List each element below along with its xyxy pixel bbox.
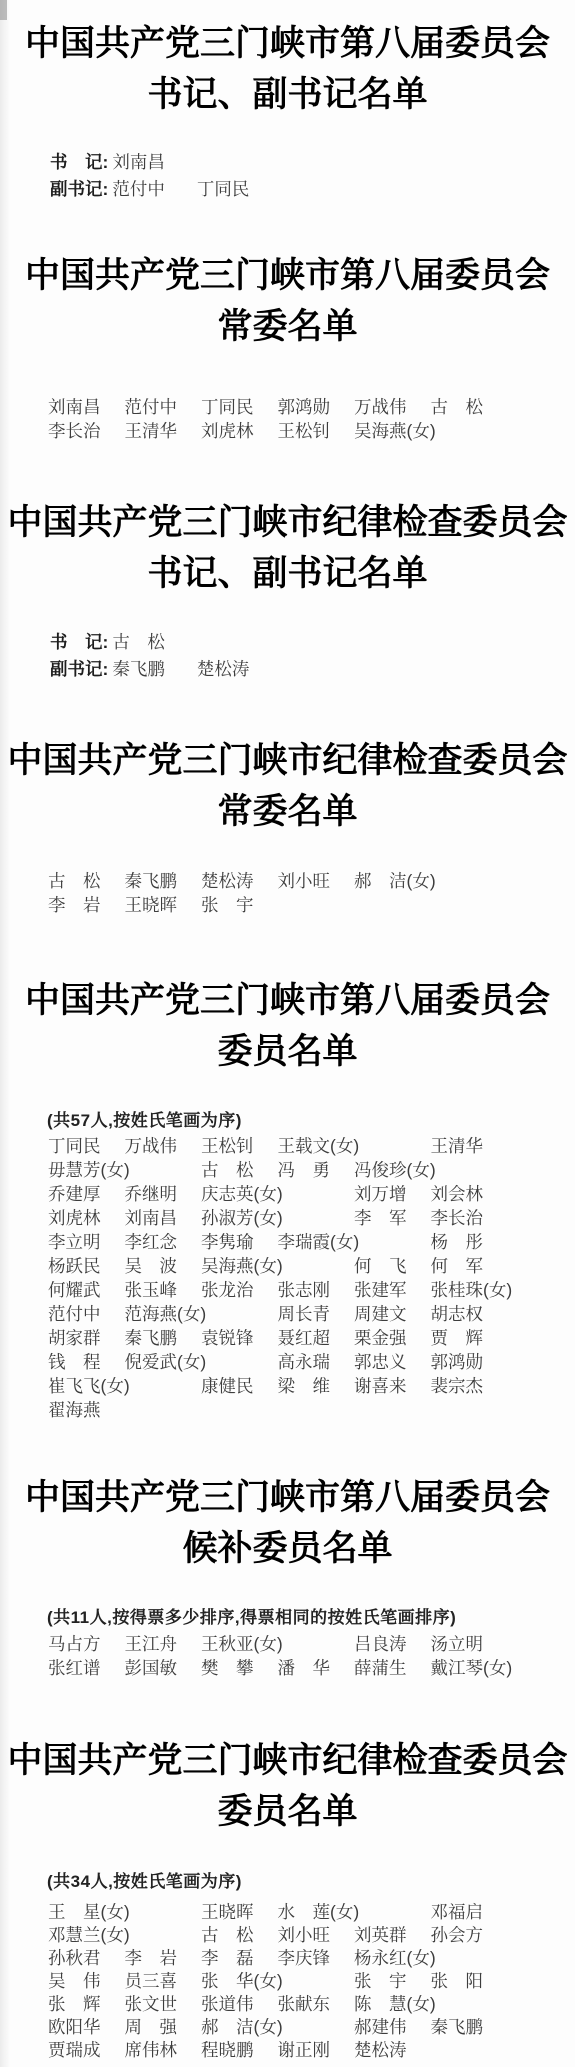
member-name: 李长治 [48, 418, 125, 443]
member-name: 万战伟 [354, 394, 431, 419]
member-row: 杨跃民吴 波吴海燕(女)何 飞何 军 [48, 1253, 575, 1277]
member-row: 王 星(女)王晓晖水 莲(女)邓福启 [48, 1899, 575, 1922]
member-name: 周建文 [354, 1301, 431, 1326]
member-name: 王松钊 [201, 1133, 278, 1158]
member-row: 张 辉张文世张道伟张献东陈 慧(女) [48, 1991, 575, 2014]
member-name: 张 阳 [431, 1968, 508, 1993]
member-name: 杨永红(女) [354, 1945, 507, 1970]
member-name: 张道伟 [201, 1991, 278, 2016]
member-row: 孙秋君李 岩李 磊李庆锋杨永红(女) [48, 1945, 575, 1968]
member-name: 丁同民 [197, 179, 250, 199]
member-name: 秦飞鹏 [125, 1325, 202, 1350]
member-name: 樊 攀 [201, 1655, 278, 1680]
member-name: 邓慧兰(女) [48, 1922, 201, 1947]
member-name: 刘小旺 [278, 868, 355, 893]
member-name: 李 磊 [201, 1945, 278, 1970]
member-name: 郭忠义 [354, 1349, 431, 1374]
member-name: 孙淑芳(女) [201, 1205, 354, 1230]
scan-artifact [0, 0, 7, 20]
member-name: 刘南昌 [48, 394, 125, 419]
member-name: 谢正刚 [278, 2037, 355, 2062]
member-name: 何耀武 [48, 1277, 125, 1302]
member-name: 秦飞鹏 [112, 659, 165, 679]
member-name: 王晓晖 [201, 1899, 278, 1924]
member-name: 王晓晖 [125, 892, 202, 917]
member-name: 李长治 [431, 1205, 508, 1230]
section-title-party-standing: 中国共产党三门峡市第八届委员会 常委名单 [0, 250, 575, 352]
member-name: 张玉峰 [125, 1277, 202, 1302]
member-name: 王松钊 [278, 418, 355, 443]
section-title-line2: 候补委员名单 [0, 1523, 575, 1574]
member-row: 翟海燕 [48, 1397, 575, 1421]
member-list-alternate-members: 马占方王江舟王秋亚(女)吕良涛汤立明张红谱彭国敏樊 攀潘 华薛蒲生戴江琴(女) [48, 1631, 575, 1678]
member-name: 刘南昌 [112, 152, 165, 172]
note-discipline-members: (共34人,按姓氏笔画为序) [47, 1867, 557, 1892]
member-row: 崔飞飞(女)康健民梁 维谢喜来裴宗杰 [48, 1373, 575, 1397]
section-title-line2: 书记、副书记名单 [0, 69, 575, 120]
member-name: 王清华 [431, 1133, 508, 1158]
member-name: 王清华 [125, 418, 202, 443]
role-label: 副书记: [50, 659, 108, 679]
member-name: 康健民 [201, 1373, 278, 1398]
member-name: 孙秋君 [48, 1945, 125, 1970]
member-name: 李庆锋 [278, 1945, 355, 1970]
member-name: 张志刚 [278, 1277, 355, 1302]
note-alternate-members: (共11人,按得票多少排序,得票相同的按姓氏笔画排序) [47, 1603, 557, 1628]
member-name: 刘南昌 [125, 1205, 202, 1230]
member-name: 吴海燕(女) [201, 1253, 354, 1278]
member-name: 贾瑞成 [48, 2037, 125, 2062]
member-name: 刘虎林 [201, 418, 278, 443]
role-line: 副书记:秦飞鹏楚松涛 [50, 656, 550, 683]
member-name: 吕良涛 [354, 1631, 431, 1656]
member-name: 郝 洁(女) [201, 2014, 354, 2039]
member-name: 杨 彤 [431, 1229, 508, 1254]
member-name: 万战伟 [125, 1133, 202, 1158]
role-label: 书 记: [50, 152, 108, 172]
member-row: 张红谱彭国敏樊 攀潘 华薛蒲生戴江琴(女) [48, 1655, 575, 1679]
member-name: 张建军 [354, 1277, 431, 1302]
section-title-discipline-secretaries: 中国共产党三门峡市纪律检查委员会 书记、副书记名单 [0, 497, 575, 599]
member-row: 毋慧芳(女)古 松冯 勇冯俊珍(女) [48, 1157, 575, 1181]
member-name: 范付中 [125, 394, 202, 419]
member-row: 李立明李红念李隽瑜李瑞霞(女)杨 彤 [48, 1229, 575, 1253]
member-row: 吴 伟员三喜张 华(女)张 宇张 阳 [48, 1968, 575, 1991]
section-title-alternate-members: 中国共产党三门峡市第八届委员会 候补委员名单 [0, 1472, 575, 1574]
member-name: 何 飞 [354, 1253, 431, 1278]
member-name: 刘虎林 [48, 1205, 125, 1230]
newspaper-name-list-page: 中国共产党三门峡市第八届委员会 书记、副书记名单 书 记:刘南昌副书记:范付中丁… [0, 0, 575, 2067]
member-row: 古 松秦飞鹏楚松涛刘小旺郝 洁(女) [48, 868, 575, 892]
member-row: 贾瑞成席伟林程晓鹏谢正刚楚松涛 [48, 2037, 575, 2060]
member-name: 倪爱武(女) [125, 1349, 278, 1374]
member-name: 楚松涛 [354, 2037, 431, 2062]
section-title-line1: 中国共产党三门峡市纪律检查委员会 [0, 1735, 575, 1786]
member-row: 乔建厚乔继明庆志英(女)刘万增刘会林 [48, 1181, 575, 1205]
member-list-party-members: 丁同民万战伟王松钊王载文(女)王清华毋慧芳(女)古 松冯 勇冯俊珍(女)乔建厚乔… [48, 1133, 575, 1421]
member-row: 钱 程倪爱武(女)高永瑞郭忠义郭鸿勋 [48, 1349, 575, 1373]
member-row: 何耀武张玉峰张龙治张志刚张建军张桂珠(女) [48, 1277, 575, 1301]
member-name: 孙会方 [431, 1922, 508, 1947]
member-name: 刘英群 [354, 1922, 431, 1947]
member-name: 钱 程 [48, 1349, 125, 1374]
role-line: 副书记:范付中丁同民 [50, 176, 550, 203]
section-title-line1: 中国共产党三门峡市第八届委员会 [0, 250, 575, 301]
member-name: 李红念 [125, 1229, 202, 1254]
member-name: 张龙治 [201, 1277, 278, 1302]
member-row: 邓慧兰(女)古 松刘小旺刘英群孙会方 [48, 1922, 575, 1945]
member-name: 冯俊珍(女) [354, 1157, 507, 1182]
member-row: 丁同民万战伟王松钊王载文(女)王清华 [48, 1133, 575, 1157]
member-row: 范付中范海燕(女)周长青周建文胡志权 [48, 1301, 575, 1325]
member-name: 员三喜 [125, 1968, 202, 1993]
member-row: 马占方王江舟王秋亚(女)吕良涛汤立明 [48, 1631, 575, 1655]
member-name: 乔建厚 [48, 1181, 125, 1206]
member-name: 李 军 [354, 1205, 431, 1230]
section-title-line2: 书记、副书记名单 [0, 548, 575, 599]
member-name: 梁 维 [278, 1373, 355, 1398]
member-name: 马占方 [48, 1631, 125, 1656]
member-name: 王载文(女) [278, 1133, 431, 1158]
member-name: 周 强 [125, 2014, 202, 2039]
section-title-line1: 中国共产党三门峡市第八届委员会 [0, 1472, 575, 1523]
member-name: 秦飞鹏 [431, 2014, 508, 2039]
member-name: 毋慧芳(女) [48, 1157, 201, 1182]
section-title-line2: 委员名单 [0, 1026, 575, 1077]
section-title-discipline-standing: 中国共产党三门峡市纪律检查委员会 常委名单 [0, 735, 575, 837]
member-name: 秦飞鹏 [125, 868, 202, 893]
member-name: 席伟林 [125, 2037, 202, 2062]
section-title-line2: 常委名单 [0, 786, 575, 837]
member-name: 吴 波 [125, 1253, 202, 1278]
member-name: 张文世 [125, 1991, 202, 2016]
member-name: 高永瑞 [278, 1349, 355, 1374]
member-name: 张献东 [278, 1991, 355, 2016]
member-name: 丁同民 [201, 394, 278, 419]
member-name: 谢喜来 [354, 1373, 431, 1398]
member-name: 张 宇 [201, 892, 278, 917]
member-name: 郭鸿勋 [278, 394, 355, 419]
member-name: 潘 华 [278, 1655, 355, 1680]
section-title-line2: 常委名单 [0, 301, 575, 352]
role-label: 书 记: [50, 632, 108, 652]
member-name: 王江舟 [125, 1631, 202, 1656]
member-name: 楚松涛 [197, 659, 250, 679]
member-row: 胡家群秦飞鹏袁锐锋聂红超栗金强贾 辉 [48, 1325, 575, 1349]
member-row: 刘南昌范付中丁同民郭鸿勋万战伟古 松 [48, 394, 575, 418]
member-name: 张 华(女) [201, 1968, 354, 1993]
roles-discipline-secretaries: 书 记:古 松副书记:秦飞鹏楚松涛 [50, 629, 550, 683]
member-name: 陈 慧(女) [354, 1991, 507, 2016]
role-line: 书 记:古 松 [50, 629, 550, 656]
section-title-line1: 中国共产党三门峡市纪律检查委员会 [0, 497, 575, 548]
member-name: 贾 辉 [431, 1325, 508, 1350]
member-name: 古 松 [112, 632, 165, 652]
member-name: 薛蒲生 [354, 1655, 431, 1680]
member-name: 张桂珠(女) [431, 1277, 508, 1302]
member-name: 古 松 [201, 1157, 278, 1182]
member-name: 刘小旺 [278, 1922, 355, 1947]
section-title-discipline-members: 中国共产党三门峡市纪律检查委员会 委员名单 [0, 1735, 575, 1837]
member-name: 袁锐锋 [201, 1325, 278, 1350]
note-party-members: (共57人,按姓氏笔画为序) [47, 1106, 557, 1131]
role-label: 副书记: [50, 179, 108, 199]
member-name: 张红谱 [48, 1655, 125, 1680]
member-name: 胡家群 [48, 1325, 125, 1350]
member-name: 吴海燕(女) [354, 418, 507, 443]
member-name: 程晓鹏 [201, 2037, 278, 2062]
member-row: 李长治王清华刘虎林王松钊吴海燕(女) [48, 418, 575, 442]
member-name: 李隽瑜 [201, 1229, 278, 1254]
member-name: 栗金强 [354, 1325, 431, 1350]
member-name: 水 莲(女) [278, 1899, 431, 1924]
member-name: 郭鸿勋 [431, 1349, 508, 1374]
member-name: 崔飞飞(女) [48, 1373, 201, 1398]
member-name: 李 岩 [48, 892, 125, 917]
member-list-party-standing: 刘南昌范付中丁同民郭鸿勋万战伟古 松李长治王清华刘虎林王松钊吴海燕(女) [48, 394, 575, 442]
member-name: 邓福启 [431, 1899, 508, 1924]
member-name: 冯 勇 [278, 1157, 355, 1182]
member-row: 欧阳华周 强郝 洁(女)郝建伟秦飞鹏 [48, 2014, 575, 2037]
member-name: 聂红超 [278, 1325, 355, 1350]
member-name: 翟海燕 [48, 1397, 125, 1422]
member-row: 刘虎林刘南昌孙淑芳(女)李 军李长治 [48, 1205, 575, 1229]
member-name: 郝 洁(女) [354, 868, 507, 893]
section-title-line1: 中国共产党三门峡市第八届委员会 [0, 18, 575, 69]
section-title-line1: 中国共产党三门峡市纪律检查委员会 [0, 735, 575, 786]
member-list-discipline-members: 王 星(女)王晓晖水 莲(女)邓福启邓慧兰(女)古 松刘小旺刘英群孙会方孙秋君李… [48, 1899, 575, 2060]
member-name: 戴江琴(女) [431, 1655, 508, 1680]
member-name: 古 松 [48, 868, 125, 893]
member-row: 李 岩王晓晖张 宇 [48, 892, 575, 916]
member-list-discipline-standing: 古 松秦飞鹏楚松涛刘小旺郝 洁(女)李 岩王晓晖张 宇 [48, 868, 575, 916]
member-name: 杨跃民 [48, 1253, 125, 1278]
member-name: 李 岩 [125, 1945, 202, 1970]
member-name: 王秋亚(女) [201, 1631, 354, 1656]
member-name: 吴 伟 [48, 1968, 125, 1993]
member-name: 范海燕(女) [125, 1301, 278, 1326]
member-name: 刘万增 [354, 1181, 431, 1206]
member-name: 丁同民 [48, 1133, 125, 1158]
member-name: 刘会林 [431, 1181, 508, 1206]
role-line: 书 记:刘南昌 [50, 149, 550, 176]
member-name: 彭国敏 [125, 1655, 202, 1680]
roles-party-secretaries: 书 记:刘南昌副书记:范付中丁同民 [50, 149, 550, 203]
section-title-line2: 委员名单 [0, 1786, 575, 1837]
section-title-line1: 中国共产党三门峡市第八届委员会 [0, 975, 575, 1026]
member-name: 范付中 [48, 1301, 125, 1326]
member-name: 王 星(女) [48, 1899, 201, 1924]
member-name: 张 辉 [48, 1991, 125, 2016]
member-name: 乔继明 [125, 1181, 202, 1206]
member-name: 汤立明 [431, 1631, 508, 1656]
member-name: 周长青 [278, 1301, 355, 1326]
member-name: 胡志权 [431, 1301, 508, 1326]
member-name: 范付中 [112, 179, 165, 199]
member-name: 郝建伟 [354, 2014, 431, 2039]
section-title-party-members: 中国共产党三门峡市第八届委员会 委员名单 [0, 975, 575, 1077]
section-title-party-secretaries: 中国共产党三门峡市第八届委员会 书记、副书记名单 [0, 18, 575, 120]
member-name: 楚松涛 [201, 868, 278, 893]
member-name: 何 军 [431, 1253, 508, 1278]
member-name: 裴宗杰 [431, 1373, 508, 1398]
member-name: 李立明 [48, 1229, 125, 1254]
member-name: 古 松 [431, 394, 508, 419]
member-name: 张 宇 [354, 1968, 431, 1993]
member-name: 欧阳华 [48, 2014, 125, 2039]
member-name: 李瑞霞(女) [278, 1229, 431, 1254]
member-name: 庆志英(女) [201, 1181, 354, 1206]
member-name: 古 松 [201, 1922, 278, 1947]
